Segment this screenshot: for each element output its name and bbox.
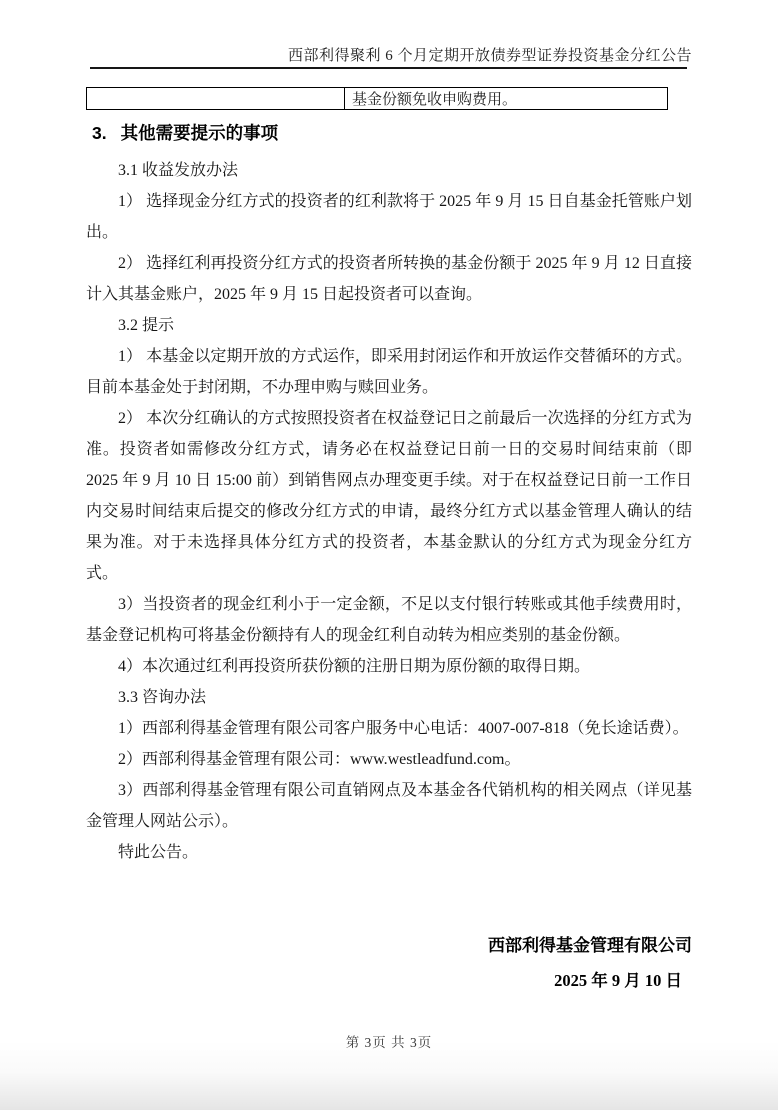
section-title: 其他需要提示的事项 (121, 120, 279, 145)
signature-block: 西部利得基金管理有限公司 2025 年 9 月 10 日 (86, 930, 692, 996)
paragraph: 3）西部利得基金管理有限公司直销网点及本基金各代销机构的相关网点（详见基金管理人… (86, 775, 692, 837)
section-number: 3. (92, 123, 107, 144)
section-heading: 3. 其他需要提示的事项 (92, 120, 692, 145)
paragraph-subsection-3-2: 3.2 提示 (86, 310, 692, 341)
fee-table-cell-empty (87, 88, 345, 109)
paragraph: 1）西部利得基金管理有限公司客户服务中心电话：4007-007-818（免长途话… (86, 713, 692, 744)
paragraph-subsection-3-3: 3.3 咨询办法 (86, 682, 692, 713)
document-body: 3. 其他需要提示的事项 3.1 收益发放办法 1） 选择现金分红方式的投资者的… (86, 112, 692, 996)
running-header-title: 西部利得聚利 6 个月定期开放债券型证券投资基金分红公告 (86, 44, 692, 65)
signature-date: 2025 年 9 月 10 日 (86, 965, 692, 996)
paragraph: 2） 本次分红确认的方式按照投资者在权益登记日之前最后一次选择的分红方式为准。投… (86, 403, 692, 589)
paragraph-closing-note: 特此公告。 (86, 837, 692, 868)
paragraph: 1） 本基金以定期开放的方式运作，即采用封闭运作和开放运作交替循环的方式。目前本… (86, 341, 692, 403)
document-page: 西部利得聚利 6 个月定期开放债券型证券投资基金分红公告 基金份额免收申购费用。… (0, 0, 778, 1110)
paragraph: 3）当投资者的现金红利小于一定金额，不足以支付银行转账或其他手续费用时，基金登记… (86, 589, 692, 651)
paragraph: 1） 选择现金分红方式的投资者的红利款将于 2025 年 9 月 15 日自基金… (86, 186, 692, 248)
paragraph: 2） 选择红利再投资分红方式的投资者所转换的基金份额于 2025 年 9 月 1… (86, 248, 692, 310)
paragraph: 4）本次通过红利再投资所获份额的注册日期为原份额的取得日期。 (86, 651, 692, 682)
header-divider-rule (90, 67, 687, 69)
fee-table: 基金份额免收申购费用。 (86, 87, 668, 110)
paragraph-subsection-3-1: 3.1 收益发放办法 (86, 155, 692, 186)
page-number-footer: 第 3页 共 3页 (0, 1031, 778, 1051)
paragraph: 2）西部利得基金管理有限公司：www.westleadfund.com。 (86, 744, 692, 775)
fee-table-cell-fee-note: 基金份额免收申购费用。 (345, 88, 667, 109)
signature-company-name: 西部利得基金管理有限公司 (86, 930, 692, 961)
